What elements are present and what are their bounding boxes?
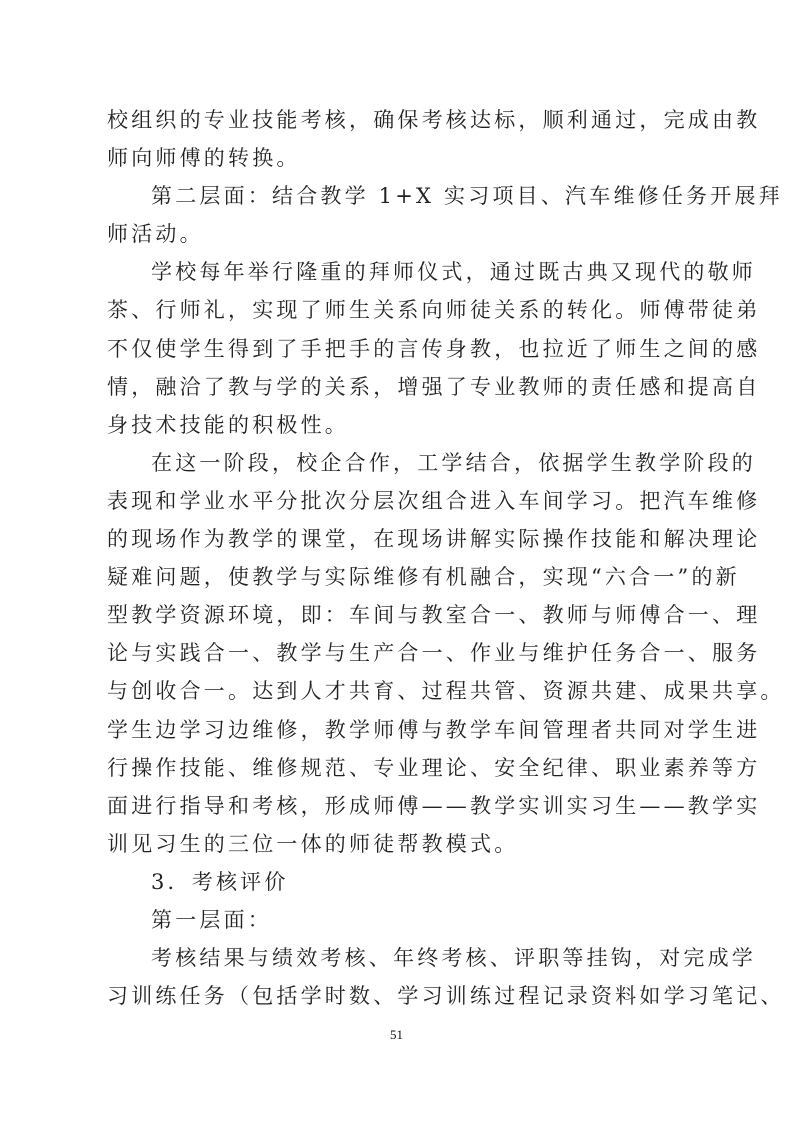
text-line: 习训练任务（包括学时数、学习训练过程记录资料如学习笔记、	[107, 977, 689, 1015]
text-line: 的现场作为教学的课堂，在现场讲解实际操作技能和解决理论	[107, 520, 689, 558]
text-line: 表现和学业水平分批次分层次组合进入车间学习。把汽车维修	[107, 482, 689, 520]
text-line: 与创收合一。达到人才共育、过程共管、资源共建、成果共享。	[107, 672, 689, 710]
subsection-heading: 第一层面：	[107, 901, 689, 939]
text-line: 行操作技能、维修规范、专业理论、安全纪律、职业素养等方	[107, 749, 689, 787]
text-line: 面进行指导和考核，形成师傅——教学实训实习生——教学实	[107, 787, 689, 825]
text-line: 论与实践合一、教学与生产合一、作业与维护任务合一、服务	[107, 634, 689, 672]
section-heading: 3．考核评价	[107, 863, 689, 901]
text-line: 情，融洽了教与学的关系，增强了专业教师的责任感和提高自	[107, 368, 689, 406]
text-line: 茶、行师礼，实现了师生关系向师徒关系的转化。师傅带徒弟	[107, 291, 689, 329]
page-number: 51	[0, 1027, 793, 1043]
body-text: 校组织的专业技能考核，确保考核达标，顺利通过，完成由教 师向师傅的转换。 第二层…	[107, 101, 689, 1015]
text-line: 学生边学习边维修，教学师傅与教学车间管理者共同对学生进	[107, 711, 689, 749]
text-line: 第二层面：结合教学 1+X 实习项目、汽车维修任务开展拜	[107, 177, 689, 215]
text-line: 师向师傅的转换。	[107, 139, 689, 177]
text-line: 学校每年举行隆重的拜师仪式，通过既古典又现代的敬师	[107, 253, 689, 291]
document-page: 校组织的专业技能考核，确保考核达标，顺利通过，完成由教 师向师傅的转换。 第二层…	[0, 0, 793, 1122]
text-line: 型教学资源环境，即：车间与教室合一、教师与师傅合一、理	[107, 596, 689, 634]
text-line: 考核结果与绩效考核、年终考核、评职等挂钩，对完成学	[107, 939, 689, 977]
text-line: 不仅使学生得到了手把手的言传身教，也拉近了师生之间的感	[107, 330, 689, 368]
text-line: 疑难问题，使教学与实际维修有机融合，实现“六合一”的新	[107, 558, 689, 596]
text-line: 校组织的专业技能考核，确保考核达标，顺利通过，完成由教	[107, 101, 689, 139]
text-line: 师活动。	[107, 215, 689, 253]
text-line: 训见习生的三位一体的师徒帮教模式。	[107, 825, 689, 863]
text-line: 身技术技能的积极性。	[107, 406, 689, 444]
text-line: 在这一阶段，校企合作，工学结合，依据学生教学阶段的	[107, 444, 689, 482]
